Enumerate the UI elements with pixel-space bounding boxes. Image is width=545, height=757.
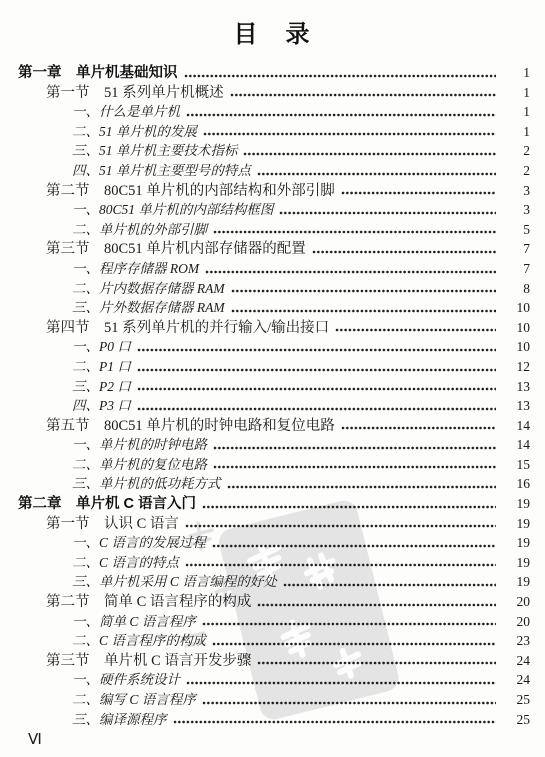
toc-entry: 二、片内数据存储器 RAM 8 xyxy=(0,279,545,299)
toc-entry-page: 14 xyxy=(500,416,545,436)
toc-entry-page: 10 xyxy=(500,337,545,357)
dot-leader xyxy=(227,485,497,489)
dot-leader xyxy=(213,446,496,450)
toc-entry: 第二章 单片机 C 语言入门 19 xyxy=(0,494,545,514)
toc-entry-label: 第三节 80C51 单片机内部存储器的配置 xyxy=(0,240,306,260)
toc-entry-label: 三、P2 口 xyxy=(0,377,131,397)
dot-leader xyxy=(341,191,496,195)
page-title: 目 录 xyxy=(0,14,545,49)
toc-entry-label: 第二章 单片机 C 语言入门 xyxy=(0,495,196,515)
toc-entry: 第三节 80C51 单片机内部存储器的配置 7 xyxy=(0,239,545,259)
toc-entry-label: 第五节 80C51 单片机的时钟电路和复位电路 xyxy=(0,417,335,437)
toc-entry-page: 25 xyxy=(500,690,545,710)
toc-entry-page: 14 xyxy=(500,435,545,455)
toc-entry-page: 3 xyxy=(500,200,545,220)
toc-entry: 第二节 80C51 单片机的内部结构和外部引脚 3 xyxy=(0,181,545,201)
toc-entry-label: 三、51 单片机主要技术指标 xyxy=(0,141,237,161)
toc-entry: 一、程序存储器 ROM 7 xyxy=(0,259,545,279)
toc-entry-label: 三、编译源程序 xyxy=(0,710,167,730)
dot-leader xyxy=(257,172,496,176)
toc-entry-page: 19 xyxy=(500,533,545,553)
toc-entry-page: 12 xyxy=(500,357,545,377)
toc-entry-page: 24 xyxy=(500,670,545,690)
toc-entry-page: 19 xyxy=(500,494,545,514)
toc-entry-page: 20 xyxy=(500,592,545,612)
toc-entry-page: 2 xyxy=(500,141,545,161)
toc-entry: 第二节 简单 C 语言程序的构成 20 xyxy=(0,592,545,612)
toc-entry: 二、51 单片机的发展 1 xyxy=(0,122,545,142)
toc-entry: 三、P2 口 13 xyxy=(0,377,545,397)
toc-entry-page: 16 xyxy=(500,474,545,494)
dot-leader xyxy=(257,661,496,665)
toc-entry-page: 7 xyxy=(500,239,545,259)
toc-entry-page: 1 xyxy=(500,63,545,83)
toc-entry-label: 三、单片机采用 C 语言编程的好处 xyxy=(0,572,277,592)
toc-entry-label: 第一节 认识 C 语言 xyxy=(0,515,179,535)
dot-leader xyxy=(213,465,496,469)
toc-entry-label: 第二节 80C51 单片机的内部结构和外部引脚 xyxy=(0,182,335,202)
dot-leader xyxy=(186,113,496,117)
toc-entry-page: 13 xyxy=(500,396,545,416)
toc-entry-label: 二、C 语言的特点 xyxy=(0,553,179,573)
toc-entry-label: 四、P3 口 xyxy=(0,396,131,416)
toc-entry: 第一章 单片机基础知识 1 xyxy=(0,63,545,83)
toc-entry-page: 5 xyxy=(500,220,545,240)
dot-leader xyxy=(212,544,496,548)
toc-entry: 第一节 认识 C 语言 19 xyxy=(0,514,545,534)
toc-entry-label: 二、C 语言程序的构成 xyxy=(0,631,206,651)
dot-leader xyxy=(137,407,496,411)
dot-leader xyxy=(312,250,496,254)
toc-entry-label: 二、P1 口 xyxy=(0,357,131,377)
toc-entry: 一、硬件系统设计 24 xyxy=(0,670,545,690)
toc-entry-page: 1 xyxy=(500,102,545,122)
toc-entry-page: 19 xyxy=(500,514,545,534)
dot-leader xyxy=(283,583,496,587)
toc-entry-label: 四、51 单片机主要型号的特点 xyxy=(0,161,251,181)
toc-entry-label: 第一节 51 系列单片机概述 xyxy=(0,84,224,104)
toc-page: 目 录 第一章 单片机基础知识 1 第一节 51 系列单片机概述 1 一、什么是… xyxy=(0,0,545,757)
toc-entry-page: 3 xyxy=(500,181,545,201)
toc-entry: 第四节 51 系列单片机的并行输入/输出接口 10 xyxy=(0,318,545,338)
toc-entry-label: 三、片外数据存储器 RAM xyxy=(0,298,225,318)
dot-leader xyxy=(257,603,496,607)
toc-entry: 二、单片机的外部引脚 5 xyxy=(0,220,545,240)
dot-leader xyxy=(137,348,496,352)
dot-leader xyxy=(186,681,496,685)
toc-entry-label: 一、C 语言的发展过程 xyxy=(0,533,206,553)
toc-entry: 一、P0 口 10 xyxy=(0,337,545,357)
toc-entry-label: 一、P0 口 xyxy=(0,337,131,357)
toc-entry-page: 8 xyxy=(500,279,545,299)
toc-entry: 三、单片机的低功耗方式 16 xyxy=(0,474,545,494)
toc-entry: 一、C 语言的发展过程 19 xyxy=(0,533,545,553)
toc-entry: 第五节 80C51 单片机的时钟电路和复位电路 14 xyxy=(0,416,545,436)
toc-entry: 三、编译源程序 25 xyxy=(0,710,545,730)
dot-leader xyxy=(213,230,496,234)
toc-entry-label: 一、硬件系统设计 xyxy=(0,670,180,690)
toc-entry-page: 10 xyxy=(500,318,545,338)
toc-entry-page: 19 xyxy=(500,553,545,573)
toc-entry: 二、P1 口 12 xyxy=(0,357,545,377)
dot-leader xyxy=(202,701,496,705)
dot-leader xyxy=(202,622,496,626)
toc-entry: 三、51 单片机主要技术指标 2 xyxy=(0,141,545,161)
toc-entry-label: 第四节 51 系列单片机的并行输入/输出接口 xyxy=(0,319,329,339)
toc-entry: 一、80C51 单片机的内部结构框图 3 xyxy=(0,200,545,220)
toc-entry: 四、51 单片机主要型号的特点 2 xyxy=(0,161,545,181)
dot-leader xyxy=(243,152,496,156)
dot-leader xyxy=(173,720,497,724)
toc-entry: 二、C 语言程序的构成 23 xyxy=(0,631,545,651)
dot-leader xyxy=(203,132,496,136)
toc-entry: 第三节 单片机 C 语言开发步骤 24 xyxy=(0,651,545,671)
toc-entry: 三、单片机采用 C 语言编程的好处 19 xyxy=(0,572,545,592)
toc-entry-label: 一、什么是单片机 xyxy=(0,102,180,122)
toc-entry-page: 13 xyxy=(500,377,545,397)
toc-entry-label: 第二节 简单 C 语言程序的构成 xyxy=(0,593,251,613)
dot-leader xyxy=(137,387,496,391)
toc-entry: 一、简单 C 语言程序 20 xyxy=(0,612,545,632)
dot-leader xyxy=(231,289,496,293)
toc-entry-page: 25 xyxy=(500,710,545,730)
dot-leader xyxy=(185,524,496,528)
dot-leader xyxy=(230,93,496,97)
toc-entry: 第一节 51 系列单片机概述 1 xyxy=(0,83,545,103)
dot-leader xyxy=(341,426,496,430)
dot-leader xyxy=(205,270,496,274)
toc-entry-label: 一、简单 C 语言程序 xyxy=(0,612,196,632)
toc-entry-label: 一、单片机的时钟电路 xyxy=(0,435,207,455)
toc-entry: 一、什么是单片机 1 xyxy=(0,102,545,122)
toc-entry: 四、P3 口 13 xyxy=(0,396,545,416)
toc-entry-label: 二、单片机的外部引脚 xyxy=(0,220,207,240)
dot-leader xyxy=(202,505,496,509)
dot-leader xyxy=(184,74,497,78)
toc-entry-page: 24 xyxy=(500,651,545,671)
dot-leader xyxy=(212,642,496,646)
toc-entry-page: 15 xyxy=(500,455,545,475)
toc-entry-label: 一、80C51 单片机的内部结构框图 xyxy=(0,200,273,220)
toc-entry-page: 7 xyxy=(500,259,545,279)
toc-entry-page: 1 xyxy=(500,122,545,142)
toc-list: 第一章 单片机基础知识 1 第一节 51 系列单片机概述 1 一、什么是单片机 … xyxy=(0,63,545,729)
toc-entry-page: 2 xyxy=(500,161,545,181)
toc-entry: 二、单片机的复位电路 15 xyxy=(0,455,545,475)
toc-entry-label: 二、51 单片机的发展 xyxy=(0,122,197,142)
toc-entry: 一、单片机的时钟电路 14 xyxy=(0,435,545,455)
page-number-footer: Ⅵ xyxy=(28,730,42,749)
toc-entry-page: 20 xyxy=(500,612,545,632)
toc-entry-label: 三、单片机的低功耗方式 xyxy=(0,474,221,494)
dot-leader xyxy=(279,211,496,215)
dot-leader xyxy=(335,328,496,332)
dot-leader xyxy=(231,309,496,313)
dot-leader xyxy=(137,368,496,372)
toc-entry-page: 10 xyxy=(500,298,545,318)
toc-entry: 三、片外数据存储器 RAM 10 xyxy=(0,298,545,318)
toc-entry-page: 1 xyxy=(500,83,545,103)
toc-entry-page: 19 xyxy=(500,572,545,592)
toc-entry-label: 二、片内数据存储器 RAM xyxy=(0,279,225,299)
toc-entry-label: 二、编写 C 语言程序 xyxy=(0,690,196,710)
dot-leader xyxy=(185,563,496,567)
toc-entry-label: 第三节 单片机 C 语言开发步骤 xyxy=(0,652,251,672)
toc-entry-label: 一、程序存储器 ROM xyxy=(0,259,199,279)
toc-entry-page: 23 xyxy=(500,631,545,651)
toc-entry: 二、C 语言的特点 19 xyxy=(0,553,545,573)
toc-entry: 二、编写 C 语言程序 25 xyxy=(0,690,545,710)
toc-entry-label: 二、单片机的复位电路 xyxy=(0,455,207,475)
toc-entry-label: 第一章 单片机基础知识 xyxy=(0,64,178,84)
